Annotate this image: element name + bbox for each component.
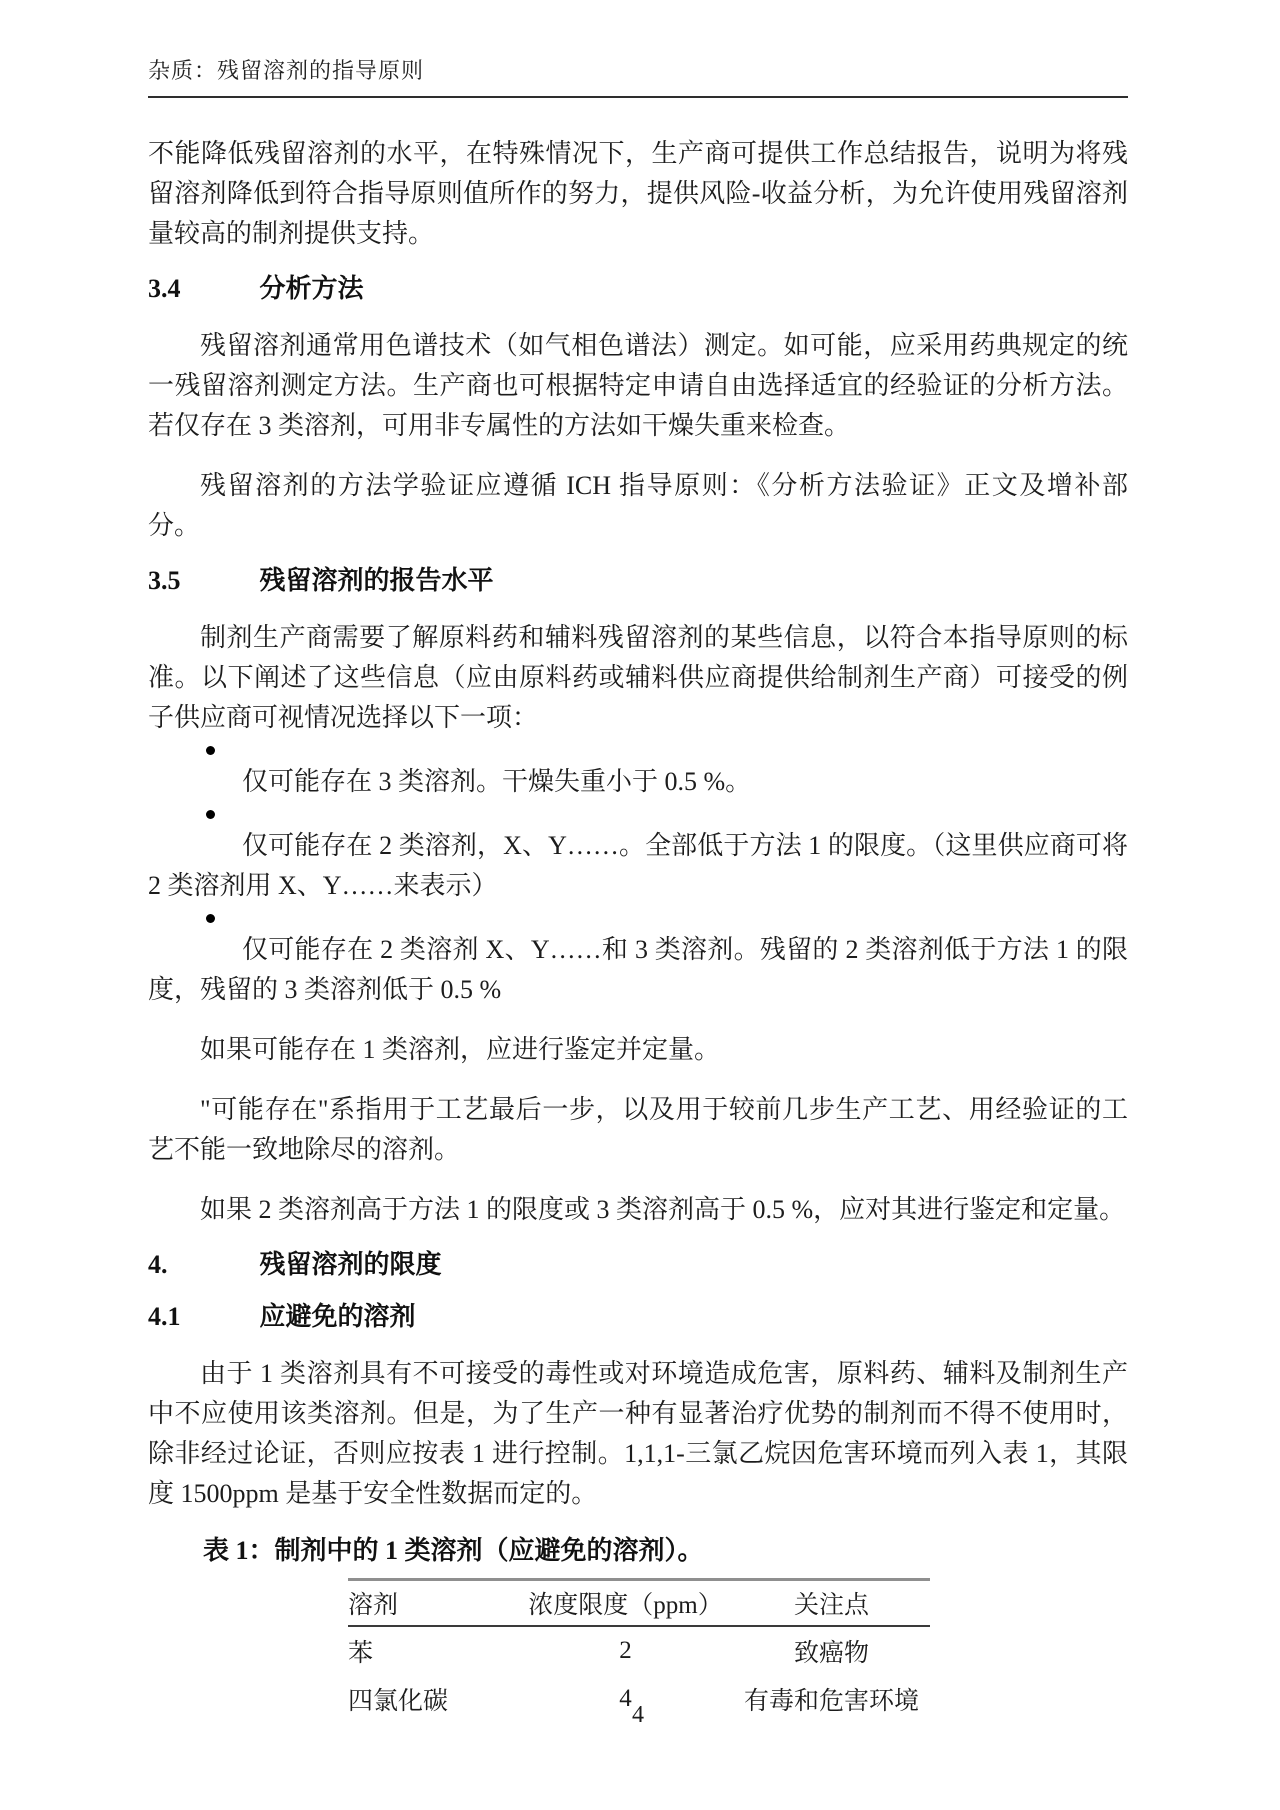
running-header: 杂质：残留溶剂的指导原则 [148,58,1128,84]
paragraph: 残留溶剂的方法学验证应遵循 ICH 指导原则：《分析方法验证》正文及增补部分。 [148,466,1128,546]
section-title: 残留溶剂的报告水平 [260,566,494,595]
column-header-limit: 浓度限度（ppm） [518,1580,733,1627]
page-content: 杂质：残留溶剂的指导原则 不能降低残留溶剂的水平，在特殊情况下，生产商可提供工作… [148,58,1128,1723]
paragraph: 如果 2 类溶剂高于方法 1 的限度或 3 类溶剂高于 0.5 %，应对其进行鉴… [148,1190,1128,1230]
page-number: 4 [148,1702,1128,1729]
cell-limit: 2 [518,1626,733,1675]
table-row: 苯 2 致癌物 [348,1626,930,1675]
cell-concern: 致癌物 [733,1626,930,1675]
section-number: 4. [148,1248,253,1282]
bullet-dot-icon [206,746,215,755]
section-heading-3-4: 3.4 分析方法 [148,272,1128,306]
bullet-text: 仅可能存在 2 类溶剂，X、Y……。全部低于方法 1 的限度。（这里供应商可将 … [148,826,1128,906]
paragraph: 由于 1 类溶剂具有不可接受的毒性或对环境造成危害，原料药、辅料及制剂生产中不应… [148,1354,1128,1514]
column-header-concern: 关注点 [733,1580,930,1627]
section-heading-3-5: 3.5 残留溶剂的报告水平 [148,564,1128,598]
bullet-item: 仅可能存在 2 类溶剂，X、Y……。全部低于方法 1 的限度。（这里供应商可将 … [148,810,1128,906]
section-title: 残留溶剂的限度 [260,1250,442,1279]
bullet-dot-icon [206,810,215,819]
bullet-item: 仅可能存在 2 类溶剂 X、Y……和 3 类溶剂。残留的 2 类溶剂低于方法 1… [148,914,1128,1010]
table-caption: 表 1：制剂中的 1 类溶剂（应避免的溶剂）。 [148,1534,1128,1568]
bullet-item: 仅可能存在 3 类溶剂。干燥失重小于 0.5 %。 [148,746,1128,802]
paragraph-continuation: 不能降低残留溶剂的水平，在特殊情况下，生产商可提供工作总结报告，说明为将残留溶剂… [148,134,1128,254]
section-title: 分析方法 [260,274,364,303]
section-heading-4: 4. 残留溶剂的限度 [148,1248,1128,1282]
paragraph: 如果可能存在 1 类溶剂，应进行鉴定并定量。 [148,1030,1128,1070]
section-number: 4.1 [148,1300,253,1334]
paragraph: 制剂生产商需要了解原料药和辅料残留溶剂的某些信息，以符合本指导原则的标准。以下阐… [148,618,1128,738]
cell-solvent: 苯 [348,1626,518,1675]
column-header-solvent: 溶剂 [348,1580,518,1627]
document-page: 杂质：残留溶剂的指导原则 不能降低残留溶剂的水平，在特殊情况下，生产商可提供工作… [0,0,1280,1810]
section-title: 应避免的溶剂 [260,1302,416,1331]
table-header-row: 溶剂 浓度限度（ppm） 关注点 [348,1580,930,1627]
bullet-dot-icon [206,914,215,923]
bullet-text: 仅可能存在 2 类溶剂 X、Y……和 3 类溶剂。残留的 2 类溶剂低于方法 1… [148,930,1128,1010]
header-rule [148,96,1128,98]
section-number: 3.5 [148,564,253,598]
paragraph: "可能存在"系指用于工艺最后一步，以及用于较前几步生产工艺、用经验证的工艺不能一… [148,1090,1128,1170]
bullet-text: 仅可能存在 3 类溶剂。干燥失重小于 0.5 %。 [148,762,1128,802]
section-heading-4-1: 4.1 应避免的溶剂 [148,1300,1128,1334]
section-number: 3.4 [148,272,253,306]
paragraph: 残留溶剂通常用色谱技术（如气相色谱法）测定。如可能，应采用药典规定的统一残留溶剂… [148,326,1128,446]
